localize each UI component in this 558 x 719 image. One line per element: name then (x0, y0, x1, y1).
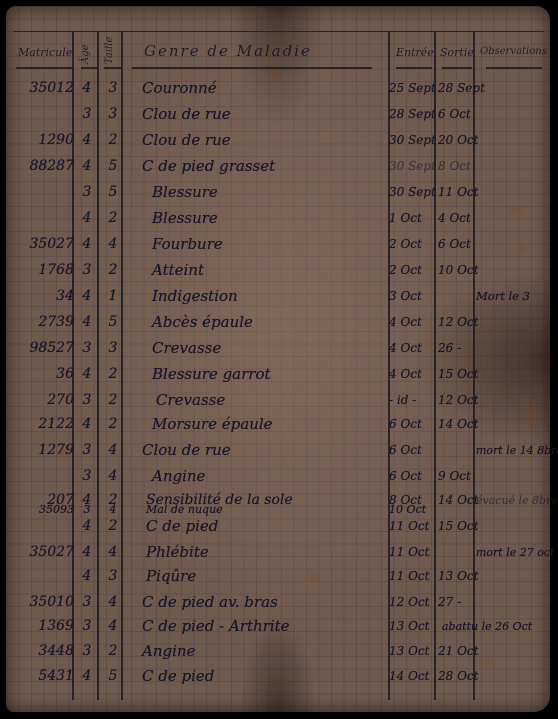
taille: 4 (102, 540, 124, 565)
header-matricule: Matricule (18, 46, 72, 59)
age: 4 (76, 564, 98, 589)
sortie: 20 Oct (438, 128, 482, 153)
header-entree: Entrée (396, 46, 434, 59)
sortie: 27 - (438, 590, 482, 615)
maladie: Atteint (152, 258, 204, 283)
table-row: 88287 4 5 C de pied grasset 30 Sept 8 Oc… (6, 154, 550, 179)
taille: 4 (102, 590, 124, 615)
entree: 6 Oct (389, 412, 441, 437)
maladie: Morsure épaule (152, 412, 273, 437)
matricule: 5431 (18, 664, 74, 689)
age: 4 (76, 206, 98, 231)
observation: abattu le 26 Oct (442, 614, 532, 639)
taille: 3 (102, 76, 124, 101)
age: 4 (76, 128, 98, 153)
observation: mort le 27 oct (476, 540, 554, 565)
age: 3 (76, 438, 98, 463)
matricule: 34 (18, 284, 74, 309)
table-row: 4 2 Blessure 1 Oct 4 Oct (6, 206, 550, 231)
table-row: 35027 4 4 Fourbure 2 Oct 6 Oct (6, 232, 550, 257)
entree: 4 Oct (389, 310, 441, 335)
entree: 28 Sept (389, 102, 441, 127)
top-rule (14, 31, 544, 32)
table-row: 35027 4 4 Phlébite 11 Oct mort le 27 oct (6, 540, 550, 565)
matricule: 2739 (18, 310, 74, 335)
entree: 30 Sept (389, 128, 441, 153)
header-underline-entree (396, 67, 432, 69)
age: 3 (76, 388, 98, 413)
table-row: 35012 4 3 Couronné 25 Sept 28 Sept (6, 76, 550, 101)
taille: 2 (102, 362, 124, 387)
sortie: 15 Oct (438, 362, 482, 387)
sortie: 26 - (438, 336, 482, 361)
maladie: Clou de rue (142, 102, 231, 127)
entree: 25 Sept (389, 76, 441, 101)
taille: 1 (102, 284, 124, 309)
sortie: 13 Oct (438, 564, 482, 589)
matricule: 36 (18, 362, 74, 387)
maladie: Couronné (142, 76, 217, 101)
header-age: Âge (80, 44, 91, 64)
age: 3 (76, 258, 98, 283)
sortie: 28 Oct (438, 664, 482, 689)
table-row: 34 4 1 Indigestion 3 Oct Mort le 3 (6, 284, 550, 309)
maladie: Indigestion (152, 284, 238, 309)
table-row: 3448 3 2 Angine 13 Oct 21 Oct (6, 639, 550, 664)
taille: 4 (102, 438, 124, 463)
entree: 30 Sept (389, 180, 441, 205)
maladie: Clou de rue (142, 128, 231, 153)
maladie: C de pied - Arthrite (142, 614, 290, 639)
header-underline-sortie (442, 67, 472, 69)
sortie: 21 Oct (438, 639, 482, 664)
maladie: C de pied (142, 664, 214, 689)
entree: 1 Oct (389, 206, 441, 231)
age: 3 (76, 614, 98, 639)
maladie: Phlébite (146, 540, 209, 565)
age: 4 (76, 514, 98, 539)
entree: 13 Oct (389, 614, 441, 639)
header-genre: Genre de Maladie (144, 42, 312, 60)
maladie: Piqûre (146, 564, 196, 589)
age: 4 (76, 412, 98, 437)
table-row: 98527 3 3 Crevasse 4 Oct 26 - (6, 336, 550, 361)
maladie: Blessure (152, 180, 218, 205)
taille: 2 (102, 639, 124, 664)
sortie: 4 Oct (438, 206, 482, 231)
maladie: Clou de rue (142, 438, 231, 463)
sortie: 6 Oct (438, 232, 482, 257)
table-row: 3 4 Angine 6 Oct 9 Oct (6, 464, 550, 489)
matricule: 2122 (18, 412, 74, 437)
sortie: 12 Oct (438, 310, 482, 335)
table-row: 36 4 2 Blessure garrot 4 Oct 15 Oct (6, 362, 550, 387)
table-row: 4 2 C de pied 11 Oct 15 Oct (6, 514, 550, 539)
entree: 4 Oct (389, 336, 441, 361)
entree: - id - (389, 388, 441, 413)
age: 4 (76, 664, 98, 689)
sortie: 28 Sept (438, 76, 482, 101)
sortie: 12 Oct (438, 388, 482, 413)
age: 3 (76, 180, 98, 205)
entree: 4 Oct (389, 362, 441, 387)
entree: 13 Oct (389, 639, 441, 664)
matricule: 35012 (18, 76, 74, 101)
entree: 2 Oct (389, 258, 441, 283)
taille: 5 (102, 180, 124, 205)
age: 3 (76, 464, 98, 489)
matricule: 1369 (18, 614, 74, 639)
maladie: Angine (142, 639, 195, 664)
age: 4 (76, 154, 98, 179)
age: 4 (76, 76, 98, 101)
header-underline-genre (132, 67, 372, 69)
table-row: 3 3 Clou de rue 28 Sept 6 Oct (6, 102, 550, 127)
table-row: 2739 4 5 Abcès épaule 4 Oct 12 Oct (6, 310, 550, 335)
taille: 2 (102, 388, 124, 413)
age: 3 (76, 102, 98, 127)
taille: 2 (102, 258, 124, 283)
age: 4 (76, 540, 98, 565)
table-row: 4 3 Piqûre 11 Oct 13 Oct (6, 564, 550, 589)
age: 4 (76, 284, 98, 309)
matricule: 88287 (18, 154, 74, 179)
age: 3 (76, 639, 98, 664)
table-row: 1768 3 2 Atteint 2 Oct 10 Oct (6, 258, 550, 283)
header-underline-age (81, 67, 97, 69)
matricule: 35027 (18, 232, 74, 257)
maladie: C de pied av. bras (142, 590, 278, 615)
sortie: 11 Oct (438, 180, 482, 205)
entree: 6 Oct (389, 438, 441, 463)
entree: 2 Oct (389, 232, 441, 257)
header-underline-observations (486, 67, 542, 69)
entree: 14 Oct (389, 664, 441, 689)
header-taille: Taille (104, 37, 115, 64)
header-sortie: Sortie (440, 46, 474, 59)
sortie: 8 Oct (438, 154, 482, 179)
taille: 4 (102, 464, 124, 489)
matricule: 1279 (18, 438, 74, 463)
table-row: 270 3 2 Crevasse - id - 12 Oct (6, 388, 550, 413)
age: 4 (76, 362, 98, 387)
entree: 30 Sept (389, 154, 441, 179)
matricule: 1290 (18, 128, 74, 153)
ledger-page: Matricule Âge Taille Genre de Maladie En… (6, 6, 550, 712)
taille: 5 (102, 154, 124, 179)
matricule: 3448 (18, 639, 74, 664)
table-row: 1369 3 4 C de pied - Arthrite 13 Oct aba… (6, 614, 550, 639)
taille: 3 (102, 564, 124, 589)
table-row: 1279 3 4 Clou de rue 6 Oct mort le 14 8b… (6, 438, 550, 463)
taille: 2 (102, 514, 124, 539)
sortie: 10 Oct (438, 258, 482, 283)
sortie: 14 Oct (438, 412, 482, 437)
table-row: 1290 4 2 Clou de rue 30 Sept 20 Oct (6, 128, 550, 153)
maladie: Crevasse (152, 336, 221, 361)
matricule: 35027 (18, 540, 74, 565)
header-underline-matricule (16, 67, 74, 69)
sortie: 6 Oct (438, 102, 482, 127)
entree: 11 Oct (389, 514, 441, 539)
age: 3 (76, 336, 98, 361)
header-observations: Observations (480, 46, 547, 57)
matricule: 98527 (18, 336, 74, 361)
sortie: 9 Oct (438, 464, 482, 489)
header-underline-taille (104, 67, 122, 69)
maladie: Fourbure (152, 232, 223, 257)
taille: 2 (102, 128, 124, 153)
entree: 11 Oct (389, 540, 441, 565)
taille: 3 (102, 336, 124, 361)
entree: 12 Oct (389, 590, 441, 615)
taille: 3 (102, 102, 124, 127)
maladie: Abcès épaule (152, 310, 253, 335)
entree: 3 Oct (389, 284, 441, 309)
table-row: 5431 4 5 C de pied 14 Oct 28 Oct (6, 664, 550, 689)
table-row: 35010 3 4 C de pied av. bras 12 Oct 27 - (6, 590, 550, 615)
age: 4 (76, 232, 98, 257)
taille: 4 (102, 232, 124, 257)
matricule: 270 (18, 388, 74, 413)
maladie: Blessure garrot (152, 362, 271, 387)
taille: 2 (102, 206, 124, 231)
maladie: Blessure (152, 206, 218, 231)
matricule: 35010 (18, 590, 74, 615)
taille: 2 (102, 412, 124, 437)
table-row: 3 5 Blessure 30 Sept 11 Oct (6, 180, 550, 205)
taille: 5 (102, 664, 124, 689)
taille: 4 (102, 614, 124, 639)
taille: 5 (102, 310, 124, 335)
observation: Mort le 3 (476, 284, 530, 309)
sortie: 15 Oct (438, 514, 482, 539)
entree: 11 Oct (389, 564, 441, 589)
maladie: Angine (152, 464, 205, 489)
observation: mort le 14 8bre (476, 438, 558, 463)
matricule: 1768 (18, 258, 74, 283)
entree: 6 Oct (389, 464, 441, 489)
age: 4 (76, 310, 98, 335)
maladie: Crevasse (156, 388, 225, 413)
maladie: C de pied (146, 514, 218, 539)
maladie: C de pied grasset (142, 154, 275, 179)
age: 3 (76, 590, 98, 615)
table-row: 2122 4 2 Morsure épaule 6 Oct 14 Oct (6, 412, 550, 437)
